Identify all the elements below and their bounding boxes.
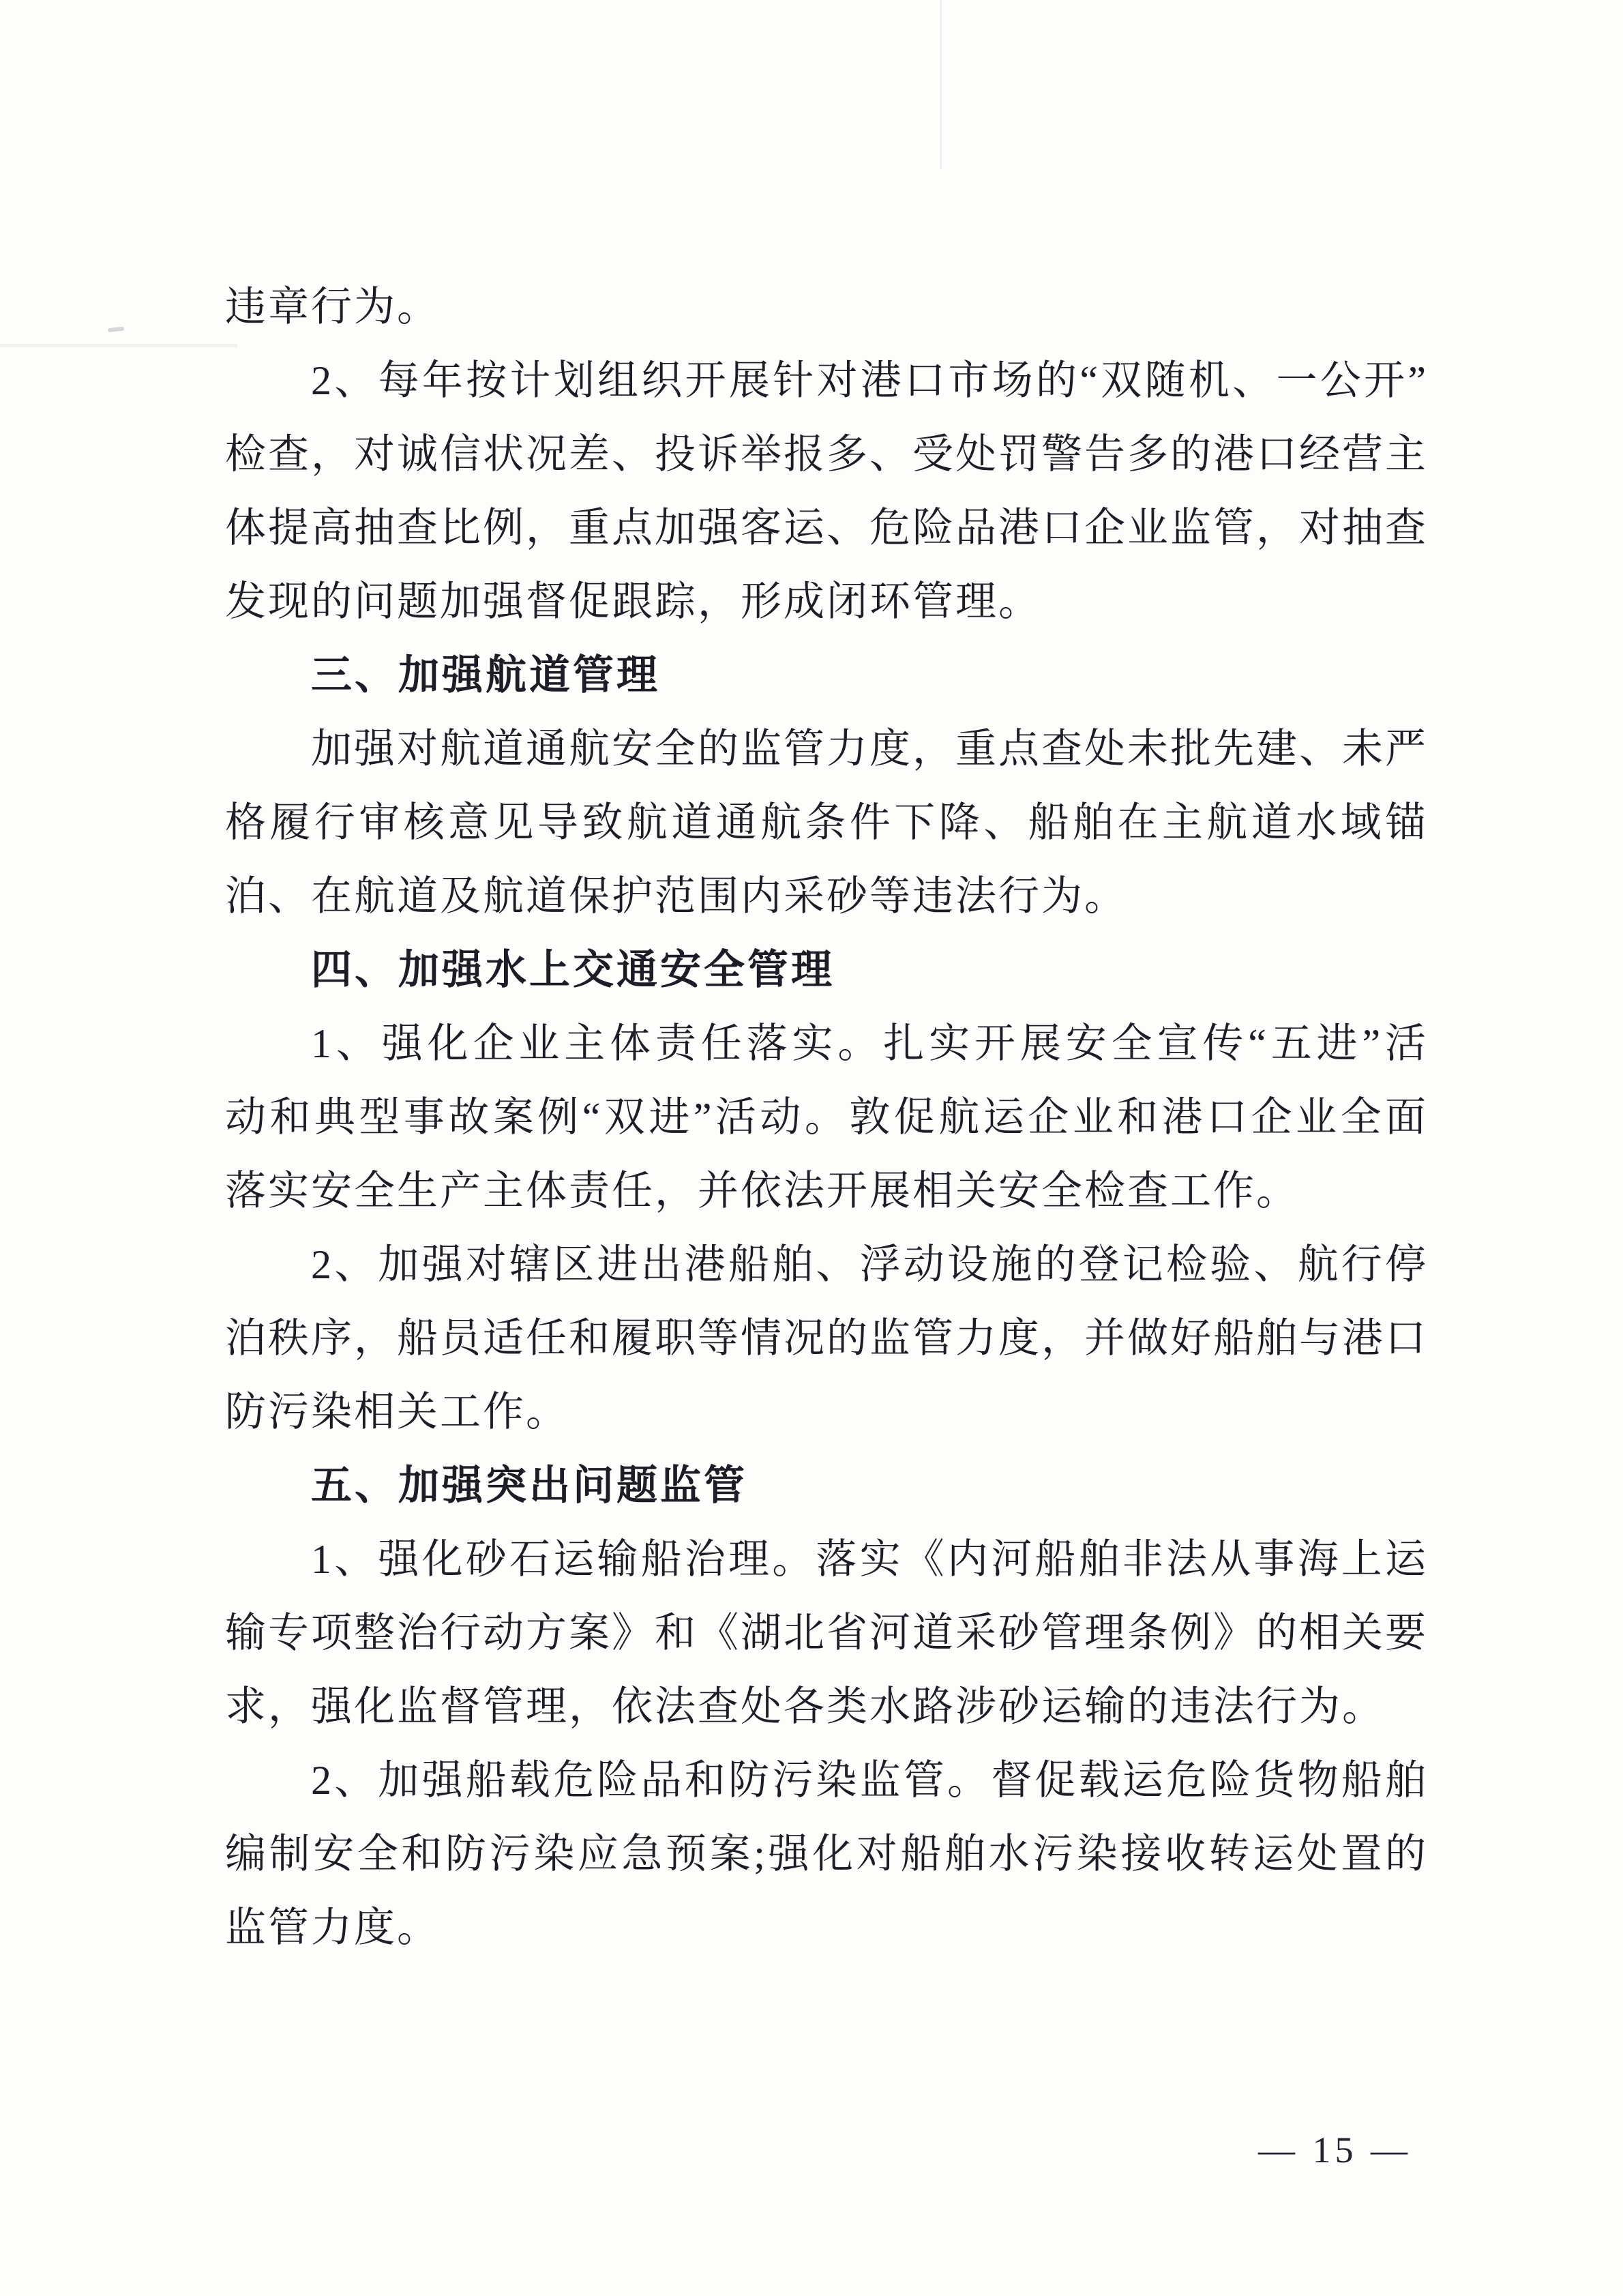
text-line: 1、强化砂石运输船治理。落实《内河船舶非法从事海上运: [225, 1522, 1428, 1596]
scan-artifact-vertical-line: [940, 0, 942, 169]
text-line: 违章行为。: [225, 270, 1428, 344]
page-number: — 15 —: [1258, 2128, 1412, 2172]
text-line: 格履行审核意见导致航道通航条件下降、船舶在主航道水域锚: [225, 786, 1428, 859]
section-heading: 五、加强突出问题监管: [225, 1449, 1428, 1522]
text-line: 泊秩序，船员适任和履职等情况的监管力度，并做好船舶与港口: [225, 1301, 1428, 1375]
text-line: 落实安全生产主体责任，并依法开展相关安全检查工作。: [225, 1154, 1428, 1228]
text-line: 监管力度。: [225, 1891, 1428, 1964]
text-line: 1、强化企业主体责任落实。扎实开展安全宣传“五进”活: [225, 1007, 1428, 1080]
text-line: 输专项整治行动方案》和《湖北省河道采砂管理条例》的相关要: [225, 1596, 1428, 1670]
scan-artifact-streak: [0, 344, 237, 347]
text-line: 防污染相关工作。: [225, 1375, 1428, 1449]
text-line: 动和典型事故案例“双进”活动。敦促航运企业和港口企业全面: [225, 1080, 1428, 1154]
text-line: 求，强化监督管理，依法查处各类水路涉砂运输的违法行为。: [225, 1670, 1428, 1743]
text-line: 编制安全和防污染应急预案;强化对船舶水污染接收转运处置的: [225, 1817, 1428, 1891]
text-line: 检查，对诚信状况差、投诉举报多、受处罚警告多的港口经营主: [225, 417, 1428, 491]
document-page: 违章行为。2、每年按计划组织开展针对港口市场的“双随机、一公开”检查，对诚信状况…: [0, 0, 1623, 2296]
text-line: 加强对航道通航安全的监管力度，重点查处未批先建、未严: [225, 712, 1428, 786]
text-line: 发现的问题加强督促跟踪，形成闭环管理。: [225, 565, 1428, 638]
scan-artifact-dash: [108, 327, 124, 332]
text-line: 2、加强船载危险品和防污染监管。督促载运危险货物船舶: [225, 1743, 1428, 1817]
text-line: 2、加强对辖区进出港船舶、浮动设施的登记检验、航行停: [225, 1228, 1428, 1301]
page-body-text: 违章行为。2、每年按计划组织开展针对港口市场的“双随机、一公开”检查，对诚信状况…: [225, 270, 1428, 1964]
text-line: 体提高抽查比例，重点加强客运、危险品港口企业监管，对抽查: [225, 491, 1428, 565]
section-heading: 三、加强航道管理: [225, 638, 1428, 712]
text-line: 泊、在航道及航道保护范围内采砂等违法行为。: [225, 859, 1428, 933]
section-heading: 四、加强水上交通安全管理: [225, 933, 1428, 1007]
text-line: 2、每年按计划组织开展针对港口市场的“双随机、一公开”: [225, 344, 1428, 417]
